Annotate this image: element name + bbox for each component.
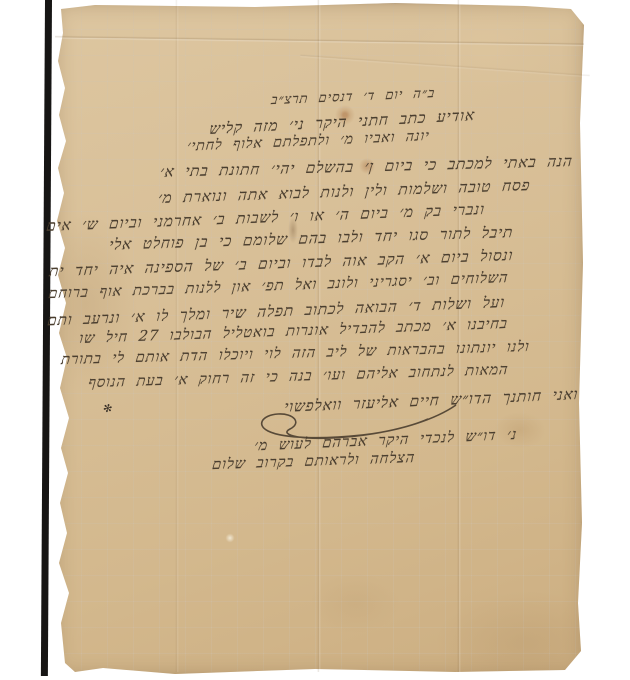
fold-crease-vertical (457, 0, 461, 672)
scanned-letter-screen: ב״ה יום ד׳ דנסים תרצ״ב אודיע כתב חתני הי… (0, 0, 630, 680)
scanner-edge-shadow (41, 0, 52, 676)
signature-flourish (250, 401, 462, 447)
